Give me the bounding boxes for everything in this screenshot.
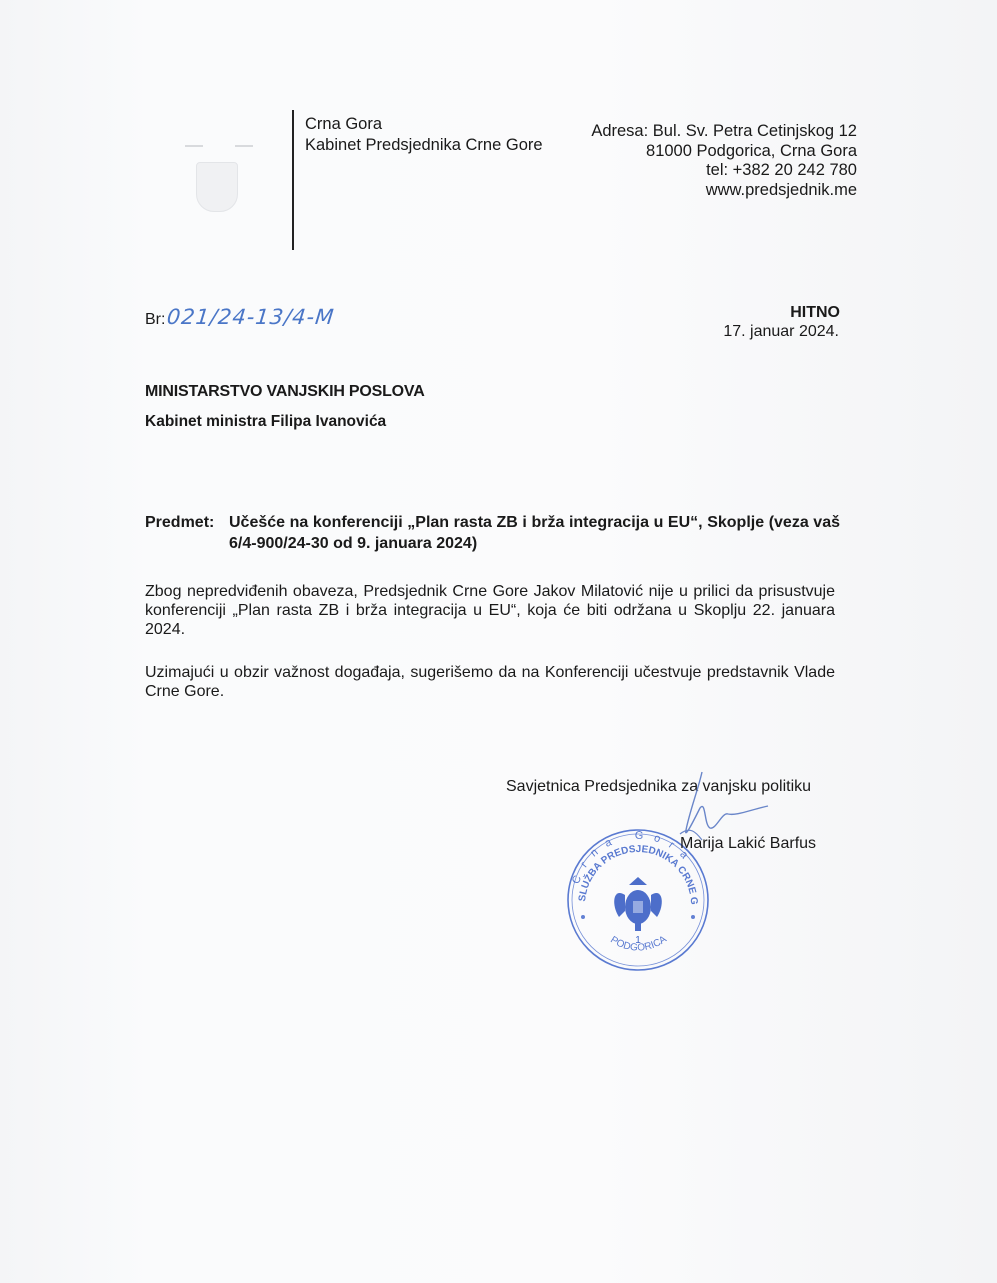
address-line-1: Adresa: Bul. Sv. Petra Cetinjskog 12 (591, 122, 857, 142)
letterhead-address: Adresa: Bul. Sv. Petra Cetinjskog 12 810… (591, 122, 857, 200)
document-page: Crna Gora Kabinet Predsjednika Crne Gore… (0, 0, 997, 1283)
letterhead-divider (292, 110, 294, 250)
coat-of-arms-icon (196, 162, 238, 212)
letterhead-organization: Crna Gora Kabinet Predsjednika Crne Gore (305, 114, 543, 156)
reference-number: Br: 021/24-13/4-M (145, 305, 335, 329)
subject-text: Učešće na konferenciji „Plan rasta ZB i … (229, 512, 840, 554)
signatory-name: Marija Lakić Barfus (680, 835, 816, 853)
crest-mark-left (185, 145, 203, 147)
address-line-2: 81000 Podgorica, Crna Gora (591, 142, 857, 162)
recipient-ministry: MINISTARSTVO VANJSKIH POSLOVA (145, 383, 425, 401)
document-date: 17. januar 2024. (723, 323, 839, 341)
crest-mark-right (235, 145, 253, 147)
reference-label: Br: (145, 311, 165, 329)
phone-number: tel: +382 20 242 780 (591, 161, 857, 181)
subject-label: Predmet: (145, 512, 229, 554)
org-line-1: Crna Gora (305, 114, 543, 135)
svg-text:1: 1 (635, 935, 641, 946)
org-line-2: Kabinet Predsjednika Crne Gore (305, 135, 543, 156)
body-paragraph-1: Zbog nepredviđenih obaveza, Predsjednik … (145, 582, 835, 639)
subject: Predmet: Učešće na konferenciji „Plan ra… (145, 512, 840, 554)
recipient-cabinet: Kabinet ministra Filipa Ivanovića (145, 413, 386, 431)
body-paragraph-2: Uzimajući u obzir važnost događaja, suge… (145, 663, 835, 701)
website-link[interactable]: www.predsjednik.me (591, 181, 857, 201)
reference-handwritten: 021/24-13/4-M (166, 305, 336, 329)
priority-label: HITNO (790, 304, 840, 322)
